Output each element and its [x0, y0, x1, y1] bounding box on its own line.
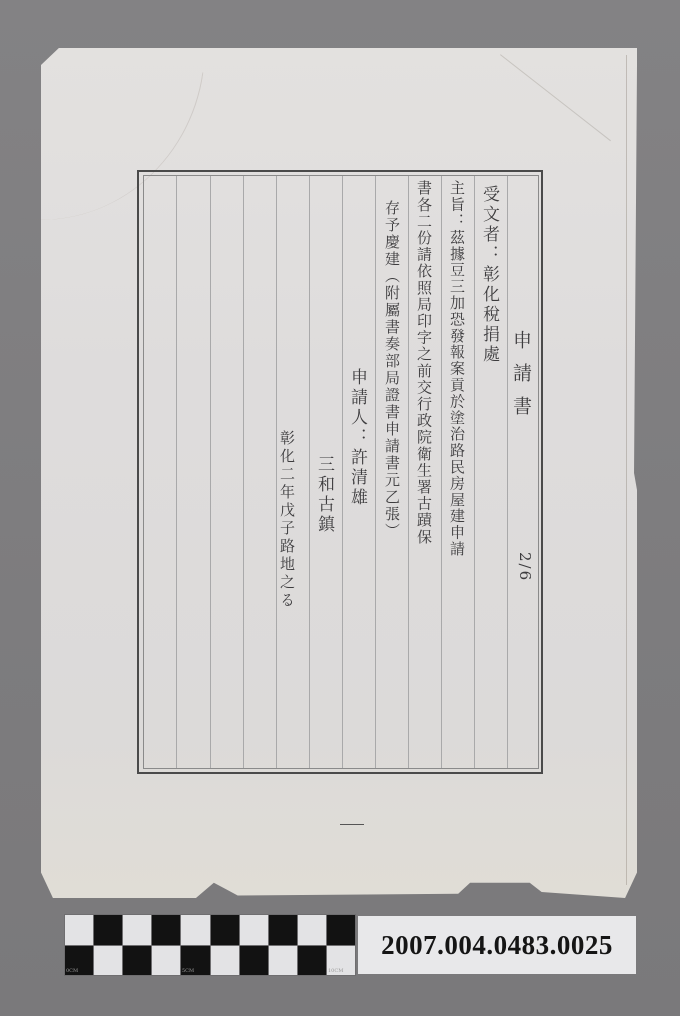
- document-title: 申請書: [510, 330, 532, 429]
- scale-square-white: [240, 915, 268, 945]
- subject-line-2: 書各二份請依照局印字之前交行政院衛生署古蹟保: [413, 180, 435, 545]
- scale-square-white: [65, 915, 93, 945]
- column-rule: [243, 176, 244, 768]
- column-rule: [309, 176, 310, 768]
- applicant-line: 申請人：許清雄: [346, 368, 368, 508]
- scale-square-white: [298, 915, 326, 945]
- page-note: 2/6: [514, 552, 536, 582]
- scale-square-white: [94, 946, 122, 976]
- color-scale-bar: [64, 914, 356, 976]
- scale-label-0: 0CM: [66, 968, 78, 974]
- scale-label-10: 10CM: [328, 968, 343, 974]
- recipient-line: 受文者：彰化稅捐處: [478, 185, 500, 365]
- catalog-number: 2007.004.0483.0025: [381, 930, 613, 961]
- scale-square-white: [123, 915, 151, 945]
- scale-square-white: [211, 946, 239, 976]
- scale-square-white: [181, 915, 209, 945]
- column-rule: [176, 176, 177, 768]
- scale-square-black: [298, 946, 326, 976]
- subject-line-3: 存予慶建（附屬書奏部局證書申請書元乙張）: [381, 200, 403, 540]
- column-rule: [441, 176, 442, 768]
- date-line: 彰化二年戊子路地之る: [276, 430, 298, 610]
- column-rule: [342, 176, 343, 768]
- column-rule: [210, 176, 211, 768]
- column-rule: [375, 176, 376, 768]
- catalog-label: 2007.004.0483.0025: [358, 916, 636, 974]
- scale-square-black: [123, 946, 151, 976]
- paper-edge: [626, 55, 627, 885]
- scale-square-black: [94, 915, 122, 945]
- scale-square-white: [269, 946, 297, 976]
- column-rule: [474, 176, 475, 768]
- scale-label-5: 5CM: [182, 968, 194, 974]
- scale-square-black: [152, 915, 180, 945]
- column-rule: [408, 176, 409, 768]
- scale-square-white: [152, 946, 180, 976]
- center-mark: [340, 824, 364, 825]
- scale-square-black: [327, 915, 355, 945]
- address-line: 三和古鎮: [313, 455, 335, 535]
- scale-square-black: [240, 946, 268, 976]
- scale-square-black: [211, 915, 239, 945]
- subject-line-1: 主旨：茲據豆三加恐發報案貢於塗治路民房屋建申請: [446, 180, 468, 557]
- scale-square-black: [269, 915, 297, 945]
- column-rule: [507, 176, 508, 768]
